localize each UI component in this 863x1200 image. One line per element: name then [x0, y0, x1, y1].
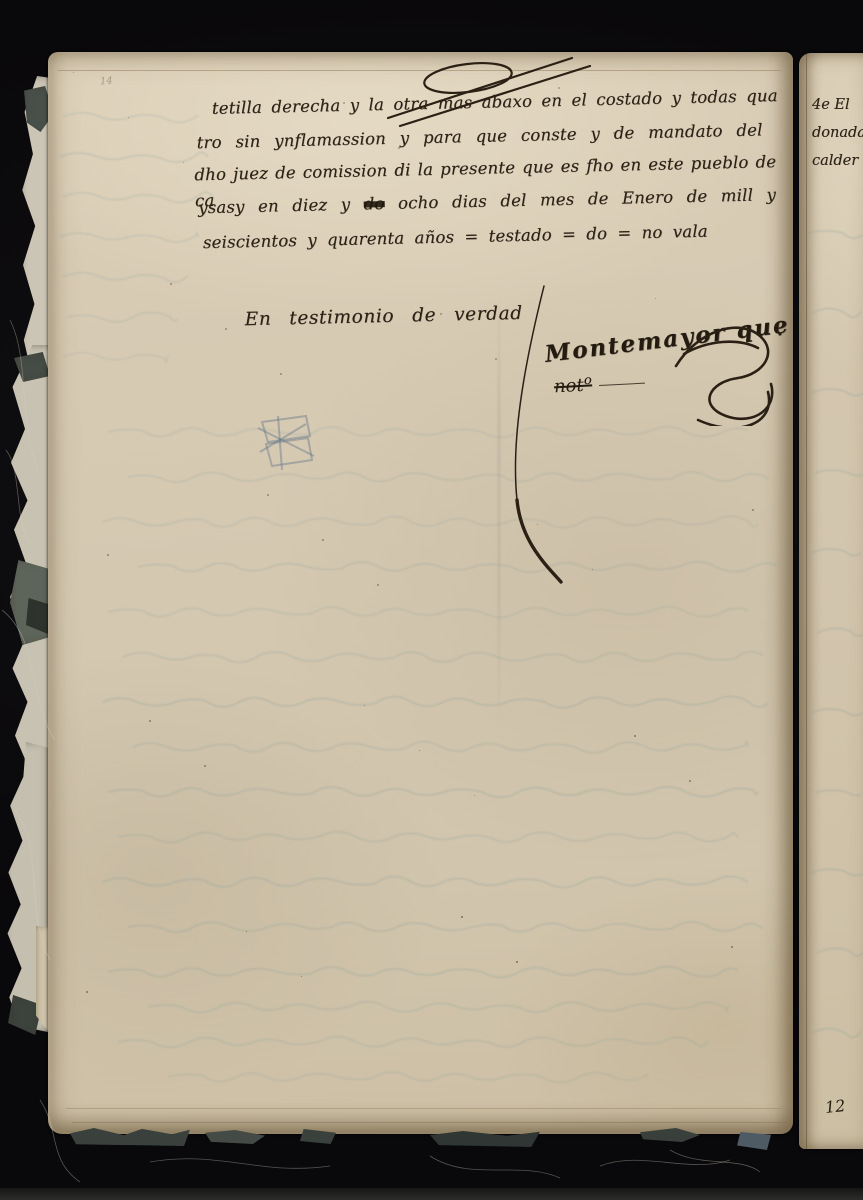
manuscript-scan: 14 tetilla derecha y la otra mas abaxo e… — [0, 0, 863, 1200]
stray-fibers-texture — [0, 0, 863, 1200]
